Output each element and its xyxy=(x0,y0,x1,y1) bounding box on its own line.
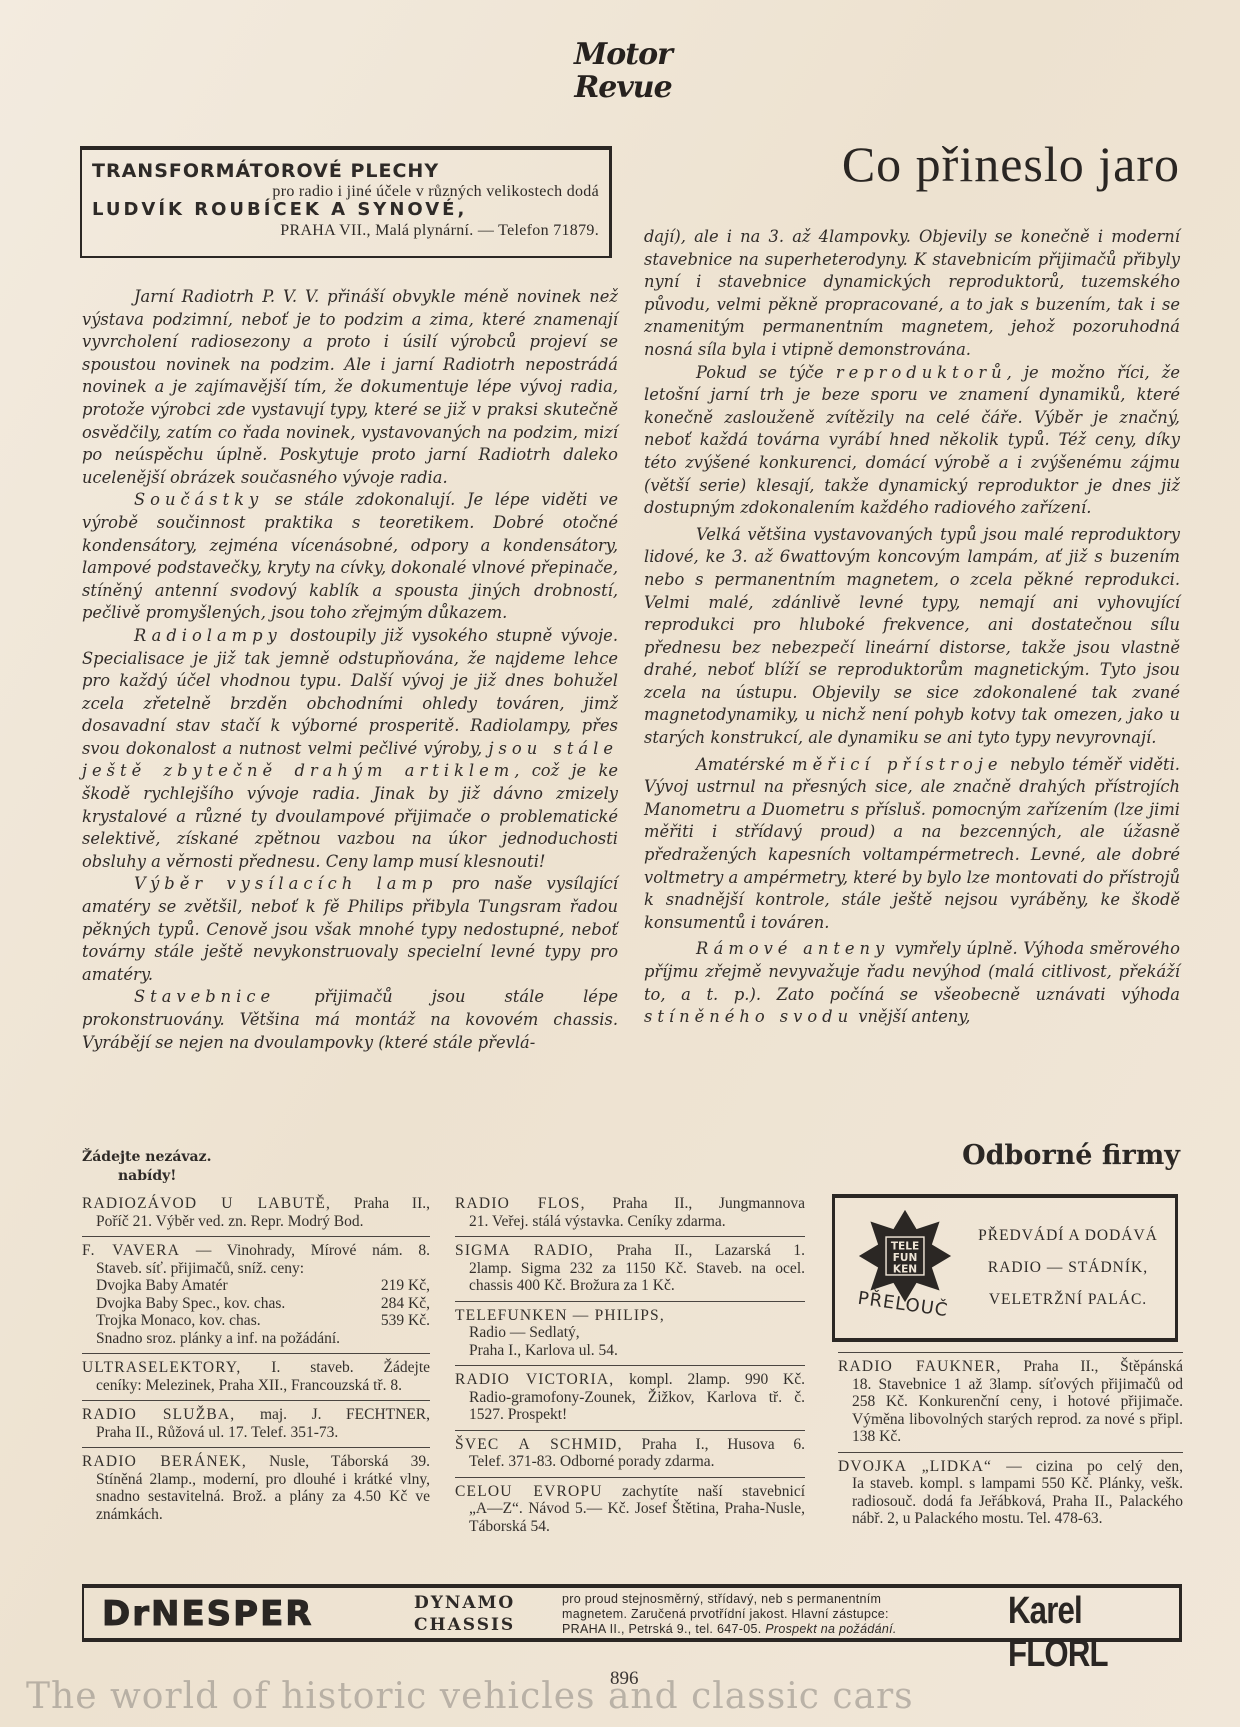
watermark-text: The world of historic vehicles and class… xyxy=(26,1676,914,1717)
listing-entry: RADIO VICTORIA, kompl. 2lamp. 990 Kč. Ra… xyxy=(455,1366,805,1431)
telefunken-ad-box: TELE FUN KEN PŘELOUČ PŘEDVÁDÍ A DODÁVÁ R… xyxy=(832,1194,1178,1342)
listing-entry: RADIOZÁVOD U LABUTĚ, Praha II., Poříč 21… xyxy=(82,1190,430,1237)
paragraph: Výběr vysílacích lamp pro naše vysílajíc… xyxy=(82,873,618,986)
listing-entry: ULTRASELEKTORY, I. staveb. Žádejte ceník… xyxy=(82,1354,430,1401)
listing-entry: CELOU EVROPU zachytíte naší stavebnicí „… xyxy=(455,1478,805,1542)
listing-entry: RADIO BERÁNEK, Nusle, Táborská 39. Stíně… xyxy=(82,1448,430,1529)
paragraph: Pokud se týče reproduktorů, je možno říc… xyxy=(644,362,1180,520)
request-line-1: Žádejte nezávaz. xyxy=(82,1148,211,1167)
firms-column-1: RADIOZÁVOD U LABUTĚ, Praha II., Poříč 21… xyxy=(82,1190,430,1529)
price-row: Trojka Monaco, kov. chas.539 Kč. xyxy=(82,1312,430,1330)
listing-entry: ŠVEC A SCHMID, Praha I., Husova 6. Telef… xyxy=(455,1431,805,1478)
paragraph: Stavebnice přijimačů jsou stále lépe pro… xyxy=(82,986,618,1054)
listing-entry: F. VAVERA — Vinohrady, Mírové nám. 8. St… xyxy=(82,1237,430,1354)
paragraph: Velká většina vystavovaných typů jsou ma… xyxy=(644,524,1180,750)
listing-entry: TELEFUNKEN — PHILIPS, Radio — Sedlatý, P… xyxy=(455,1302,805,1367)
firms-column-3: RADIO FAUKNER, Praha II., Štěpánská 18. … xyxy=(838,1352,1183,1534)
svg-text:KEN: KEN xyxy=(893,1263,917,1275)
ad-company: LUDVÍK ROUBÍCEK A SYNOVÉ, xyxy=(92,199,599,220)
article-column-2: dají), ale i na 3. až 4lampovky. Objevil… xyxy=(644,226,1180,1029)
listing-entry: DVOJKA „LIDKA“ — cizina po celý den, Ia … xyxy=(838,1453,1183,1534)
article-column-1: Jarní Radiotrh P. V. V. přináší obvykle … xyxy=(82,286,618,1054)
paragraph: Amatérské měřicí přístroje nebylo téměř … xyxy=(644,754,1180,935)
dynamo-description: pro proud stejnosměrný, střídavý, neb s … xyxy=(562,1592,1002,1637)
ad-heading: TRANSFORMÁTOROVÉ PLECHY xyxy=(92,160,599,182)
paragraph: Rámové anteny vymřely úplně. Výhoda směr… xyxy=(644,938,1180,1028)
listing-entry: RADIO FLOS, Praha II., Jungmannova 21. V… xyxy=(455,1190,805,1237)
logo-line-1: Motor xyxy=(568,38,678,71)
nesper-brand: DrNESPER xyxy=(102,1594,313,1634)
firms-column-2: RADIO FLOS, Praha II., Jungmannova 21. V… xyxy=(455,1190,805,1541)
price-row: Dvojka Baby Amatér219 Kč, xyxy=(82,1277,430,1295)
listing-entry: SIGMA RADIO, Praha II., Lazarská 1. 2lam… xyxy=(455,1237,805,1302)
paragraph: Součástky se stále zdokonalují. Je lépe … xyxy=(82,489,618,625)
agent-name: Karel FLORL xyxy=(1008,1590,1148,1676)
svg-text:TELE: TELE xyxy=(891,1240,919,1252)
listing-entry: RADIO SLUŽBA, maj. J. FECHTNER, Praha II… xyxy=(82,1401,430,1448)
dynamo-chassis-label: DYNAMO CHASSIS xyxy=(414,1592,515,1636)
magazine-logo: Motor Revue xyxy=(568,38,678,104)
request-offers-note: Žádejte nezávaz. nabídy! xyxy=(82,1148,211,1186)
svg-text:FUN: FUN xyxy=(893,1252,918,1264)
paragraph: Radiolampy dostoupily již vysokého stupn… xyxy=(82,625,618,874)
firms-heading: Odborné firmy xyxy=(880,1140,1180,1171)
ad-address: PRAHA VII., Malá plynární. — Telefon 718… xyxy=(92,222,599,240)
paragraph: dají), ale i na 3. až 4lampovky. Objevil… xyxy=(644,226,1180,362)
price-row: Dvojka Baby Spec., kov. chas.284 Kč, xyxy=(82,1295,430,1313)
request-line-2: nabídy! xyxy=(82,1167,211,1186)
paragraph: Jarní Radiotrh P. V. V. přináší obvykle … xyxy=(82,286,618,489)
logo-line-2: Revue xyxy=(568,71,678,104)
listing-entry: RADIO FAUKNER, Praha II., Štěpánská 18. … xyxy=(838,1352,1183,1453)
nesper-dynamo-ad: DrNESPER DYNAMO CHASSIS pro proud stejno… xyxy=(82,1584,1182,1642)
transformer-sheets-ad: TRANSFORMÁTOROVÉ PLECHY pro radio i jiné… xyxy=(80,146,612,258)
telefunken-ad-text: PŘEDVÁDÍ A DODÁVÁ RADIO — STÁDNÍK, VELET… xyxy=(963,1220,1173,1316)
article-title: Co přineslo jaro xyxy=(700,135,1180,193)
